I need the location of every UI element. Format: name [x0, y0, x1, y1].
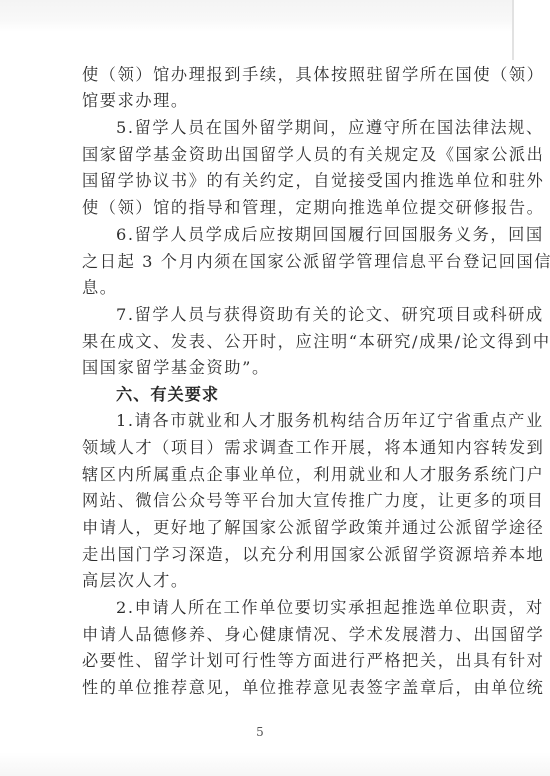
text-line: 馆要求办理。	[82, 90, 466, 112]
text-line: 走出国门学习深造，以充分利用国家公派留学资源培养本地	[82, 544, 466, 566]
text-line: 使（领）馆办理报到手续，具体按照驻留学所在国使（领）	[82, 64, 466, 86]
requirement-2-start: 2.申请人所在工作单位要切实承担起推选单位职责，对	[116, 597, 466, 619]
text-line: 必要性、留学计划可行性等方面进行严格把关，出具有针对	[82, 650, 466, 672]
text-line: 性的单位推荐意见，单位推荐意见表签字盖章后，由单位统	[82, 677, 466, 699]
text-line: 辖区内所属重点企事业单位，利用就业和人才服务系统门户	[82, 464, 466, 486]
text-line: 申请人品德修养、身心健康情况、学术发展潜力、出国留学	[82, 624, 466, 646]
text-line: 高层次人才。	[82, 570, 466, 592]
section-heading: 六、有关要求	[116, 384, 500, 406]
text-line: 果在成文、发表、公开时，应注明“本研究/成果/论文得到中	[82, 331, 466, 353]
text-line: 国国家留学基金资助”。	[82, 357, 466, 379]
paragraph-5-start: 5.留学人员在国外留学期间，应遵守所在国法律法规、	[116, 117, 466, 139]
text-line: 之日起 3 个月内须在国家公派留学管理信息平台登记回国信	[82, 251, 466, 273]
text-line: 息。	[82, 277, 466, 299]
page-number: 5	[250, 725, 270, 739]
paragraph-7-start: 7.留学人员与获得资助有关的论文、研究项目或科研成	[116, 304, 466, 326]
text-line: 领域人才（项目）需求调查工作开展，将本通知内容转发到	[82, 437, 466, 459]
requirement-1-start: 1.请各市就业和人才服务机构结合历年辽宁省重点产业	[116, 410, 466, 432]
text-line: 使（领）馆的指导和管理，定期向推选单位提交研修报告。	[82, 197, 466, 219]
text-line: 国家留学基金资助出国留学人员的有关规定及《国家公派出	[82, 144, 466, 166]
text-line: 申请人，更好地了解国家公派留学政策并通过公派留学途径	[82, 517, 466, 539]
paragraph-6-start: 6.留学人员学成后应按期回国履行回国服务义务，回国	[116, 224, 466, 246]
text-line: 网站、微信公众号等平台加大宣传推广力度，让更多的项目	[82, 490, 466, 512]
document-page: 使（领）馆办理报到手续，具体按照驻留学所在国使（领） 馆要求办理。 5.留学人员…	[0, 0, 550, 776]
text-line: 国留学协议书》的有关约定，自觉接受国内推选单位和驻外	[82, 170, 466, 192]
